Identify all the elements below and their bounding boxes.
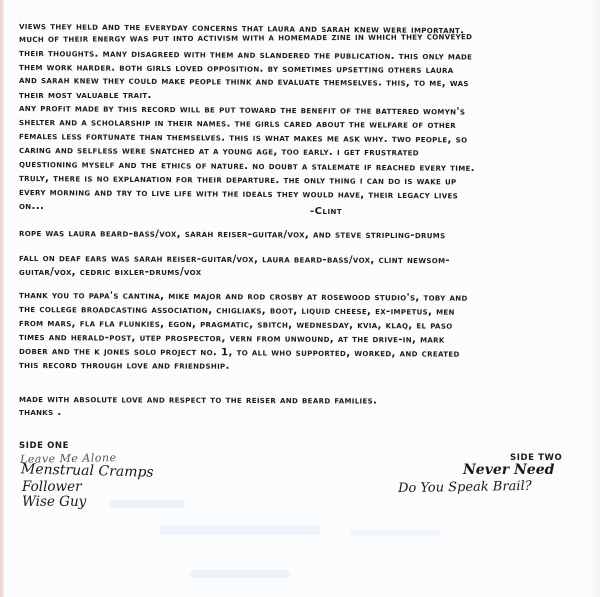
thanks-line: From Mars, Fla Fla Flunkies, Egon, Pragm… [19,318,453,333]
tribute-line: Truly, there is no explanation for their… [19,173,457,188]
track-title: Do You Speak Brail? [398,479,532,496]
dedication-line: Made with absolute love and respect to t… [19,394,377,408]
tribute-line: every morning and try to live life with … [19,187,458,202]
track-title: Never Need [463,462,554,478]
side-one-label: SIDE ONE [19,441,69,451]
thanks-line: the College Broadcasting Association, Ch… [19,304,455,319]
track-title: Menstrual Cramps [21,461,154,480]
thanks-line: this record through love and friendship. [19,360,230,373]
tribute-line: Shelter and a scholarship in their names… [19,117,456,132]
dedication-line: Thanks . [19,407,62,419]
thanks-line: Thank You to Papa's Cantina, Mike Major … [19,290,468,305]
tribute-line: caring and selfless were snatched at a y… [19,145,419,159]
thanks-line: Dober and The K Jones Solo Project No. 1… [19,346,460,361]
lineup-rope: rope was Laura Beard-Bass/Vox, Sarah Rei… [19,228,446,242]
tribute-line: and Sarah knew they could make people th… [19,75,469,90]
tribute-line: on... [19,201,44,213]
tribute-line: Much of their energy was put into activi… [19,31,472,46]
tribute-line: females less fortunate than themselves. … [19,131,467,147]
liner-notes-page: Views they held and the everyday concern… [0,0,600,597]
tribute-line: Any profit made by this record will be p… [19,103,465,119]
track-title: Follower [22,479,82,495]
tribute-line: their thoughts. Many disagreed with them… [19,48,472,64]
signature: -Clint [310,206,342,217]
lineup-line: Fall On Deaf Ears was Sarah Reiser-Guita… [19,253,450,267]
tribute-line: their most valuable trait. [19,90,152,102]
track-title: Wise Guy [22,494,86,510]
lineup-line: guitar/Vox, Cedric Bixler-Drums/Vox [19,267,201,279]
thanks-line: Times and Herald-Post, Utep Prospector, … [19,332,445,347]
